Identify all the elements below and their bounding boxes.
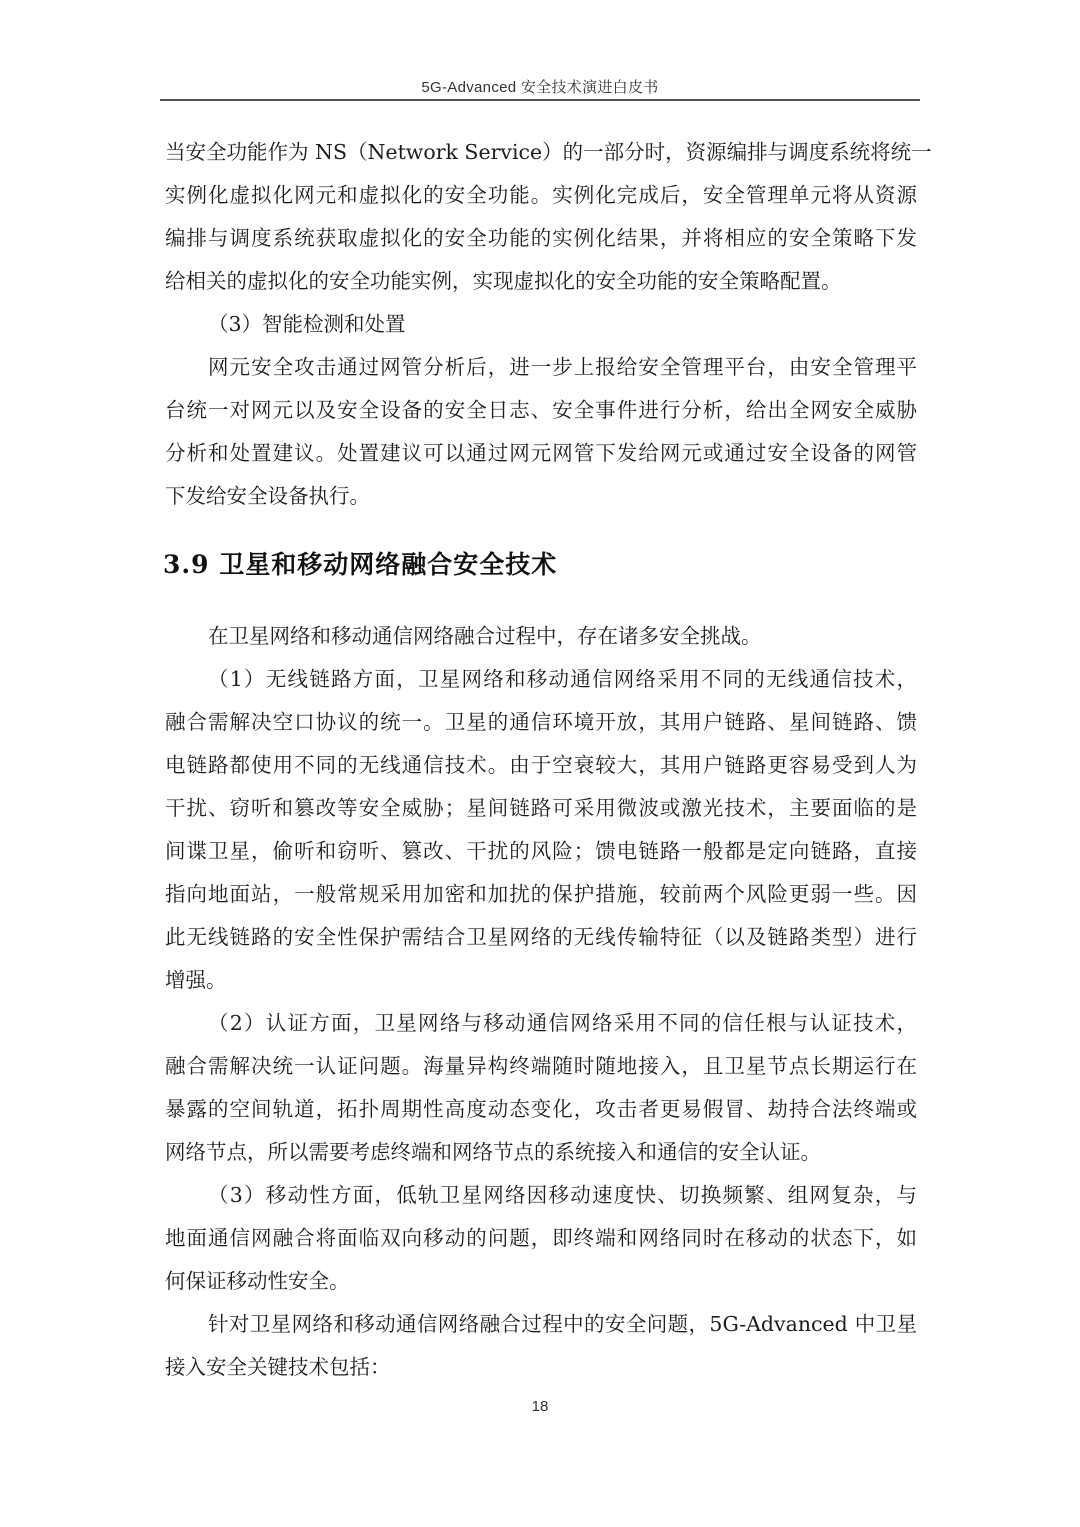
item-wireless-link: （1）无线链路方面，卫星网络和移动通信网络采用不同的无线通信技术， 融合需解决空… (165, 658, 917, 1002)
text-line: 干扰、窃听和篡改等安全威胁；星间链路可采用微波或激光技术，主要面临的是 (165, 787, 917, 830)
text-line: 暴露的空间轨道，拓扑周期性高度动态变化，攻击者更易假冒、劫持合法终端或 (165, 1088, 917, 1131)
text-line: 下发给安全设备执行。 (165, 475, 917, 518)
intro-paragraph: 在卫星网络和移动通信网络融合过程中，存在诸多安全挑战。 (165, 615, 917, 658)
text-line: 实例化虚拟化网元和虚拟化的安全功能。实例化完成后，安全管理单元将从资源 (165, 174, 917, 217)
text-line: 编排与调度系统获取虚拟化的安全功能的实例化结果，并将相应的安全策略下发 (165, 217, 917, 260)
text-line: 电链路都使用不同的无线通信技术。由于空衰较大，其用户链路更容易受到人为 (165, 744, 917, 787)
text-line: 台统一对网元以及安全设备的安全日志、安全事件进行分析，给出全网安全威胁 (165, 389, 917, 432)
item-mobility: （3）移动性方面，低轨卫星网络因移动速度快、切换频繁、组网复杂，与 地面通信网融… (165, 1174, 917, 1303)
text-line: 融合需解决空口协议的统一。卫星的通信环境开放，其用户链路、星间链路、馈 (165, 701, 917, 744)
text-line: （1）无线链路方面，卫星网络和移动通信网络采用不同的无线通信技术， (165, 658, 917, 701)
text-line: 增强。 (165, 959, 917, 1002)
text-line: 网元安全攻击通过网管分析后，进一步上报给安全管理平台，由安全管理平 (165, 346, 917, 389)
text-line: （2）认证方面，卫星网络与移动通信网络采用不同的信任根与认证技术， (165, 1002, 917, 1045)
text-line: 此无线链路的安全性保护需结合卫星网络的无线传输特征（以及链路类型）进行 (165, 916, 917, 959)
subheading-intelligent-detection: （3）智能检测和处置 (165, 303, 917, 346)
text-line: 针对卫星网络和移动通信网络融合过程中的安全问题，5G-Advanced 中卫星 (165, 1303, 917, 1346)
text-line: 融合需解决统一认证问题。海量异构终端随时随地接入，且卫星节点长期运行在 (165, 1045, 917, 1088)
paragraph-ns-instantiation: 当安全功能作为 NS（Network Service）的一部分时，资源编排与调度… (165, 131, 917, 303)
text-line: 指向地面站，一般常规采用加密和加扰的保护措施，较前两个风险更弱一些。因 (165, 873, 917, 916)
text-line: 网络节点，所以需要考虑终端和网络节点的系统接入和通信的安全认证。 (165, 1131, 917, 1174)
section-continued-content: 当安全功能作为 NS（Network Service）的一部分时，资源编排与调度… (165, 131, 917, 518)
page-number: 18 (160, 1398, 920, 1415)
text-line: 何保证移动性安全。 (165, 1260, 917, 1303)
paragraph-key-technologies: 针对卫星网络和移动通信网络融合过程中的安全问题，5G-Advanced 中卫星 … (165, 1303, 917, 1389)
section-heading-3-9: 3.9 卫星和移动网络融合安全技术 (163, 543, 557, 587)
text-line: 当安全功能作为 NS（Network Service）的一部分时，资源编排与调度… (165, 131, 917, 174)
text-line: （3）移动性方面，低轨卫星网络因移动速度快、切换频繁、组网复杂，与 (165, 1174, 917, 1217)
paragraph-detection: 网元安全攻击通过网管分析后，进一步上报给安全管理平台，由安全管理平 台统一对网元… (165, 346, 917, 518)
text-line: 接入安全关键技术包括： (165, 1346, 917, 1389)
text-line: 间谍卫星，偷听和窃听、篡改、干扰的风险；馈电链路一般都是定向链路，直接 (165, 830, 917, 873)
text-line: 给相关的虚拟化的安全功能实例，实现虚拟化的安全功能的安全策略配置。 (165, 260, 917, 303)
text-line: 分析和处置建议。处置建议可以通过网元网管下发给网元或通过安全设备的网管 (165, 432, 917, 475)
text-line: 地面通信网融合将面临双向移动的问题，即终端和网络同时在移动的状态下，如 (165, 1217, 917, 1260)
item-authentication: （2）认证方面，卫星网络与移动通信网络采用不同的信任根与认证技术， 融合需解决统… (165, 1002, 917, 1174)
section-3-9-content: 在卫星网络和移动通信网络融合过程中，存在诸多安全挑战。 （1）无线链路方面，卫星… (165, 615, 917, 1389)
page-header: 5G-Advanced 安全技术演进白皮书 (160, 76, 920, 97)
header-divider (160, 99, 920, 101)
